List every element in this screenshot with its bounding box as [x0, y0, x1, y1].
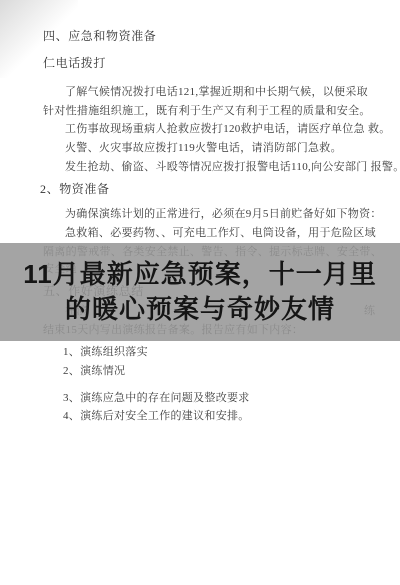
overlay-title-line1: 11月最新应急预案，十一月里	[23, 257, 377, 292]
overlay-title-line2: 的暖心预案与奇妙友情	[65, 292, 335, 327]
list-item-1: 1、演练组织落实	[63, 346, 148, 359]
paragraph-line: 火警、火灾事故应拨打119火警电话，请消防部门急救。	[65, 142, 342, 155]
section-heading-4: 四、应急和物资准备	[43, 30, 156, 43]
paragraph-line: 急救箱、必要药物、、可充电工作灯、电筒设备，用于危险区域	[65, 227, 376, 240]
list-item-3: 3、演练应急中的存在问题及整改要求	[63, 392, 250, 405]
document-page: 四、应急和物资准备 仁电话拨打 了解气候情况拨打电话121,掌握近期和中长期气候…	[0, 0, 400, 585]
sub-heading-phone-dialing: 仁电话拨打	[43, 57, 106, 70]
paragraph-line: 针对性措施组织施工，既有利于生产又有利于工程的质量和安全。	[43, 105, 371, 118]
sub-heading-supplies: 2、物资准备	[40, 183, 110, 196]
paragraph-line: 为确保演练计划的正常进行，必须在9月5日前贮备好如下物资：	[65, 208, 382, 221]
list-item-2: 2、演练情况	[63, 365, 125, 378]
paragraph-line: 了解气候情况拨打电话121,掌握近期和中长期气候，以便采取	[65, 86, 368, 99]
paragraph-line: 工伤事故现场重病人抢救应拨打120救护电话，请医疗单位急 救。	[65, 123, 391, 136]
list-item-4: 4、演练后对安全工作的建议和安排。	[63, 410, 250, 423]
title-overlay-band: 11月最新应急预案，十一月里 的暖心预案与奇妙友情	[0, 243, 400, 341]
paragraph-line: 发生抢劫、偷盗、斗殴等情况应拨打报警电话110,向公安部门 报警。	[65, 161, 400, 174]
